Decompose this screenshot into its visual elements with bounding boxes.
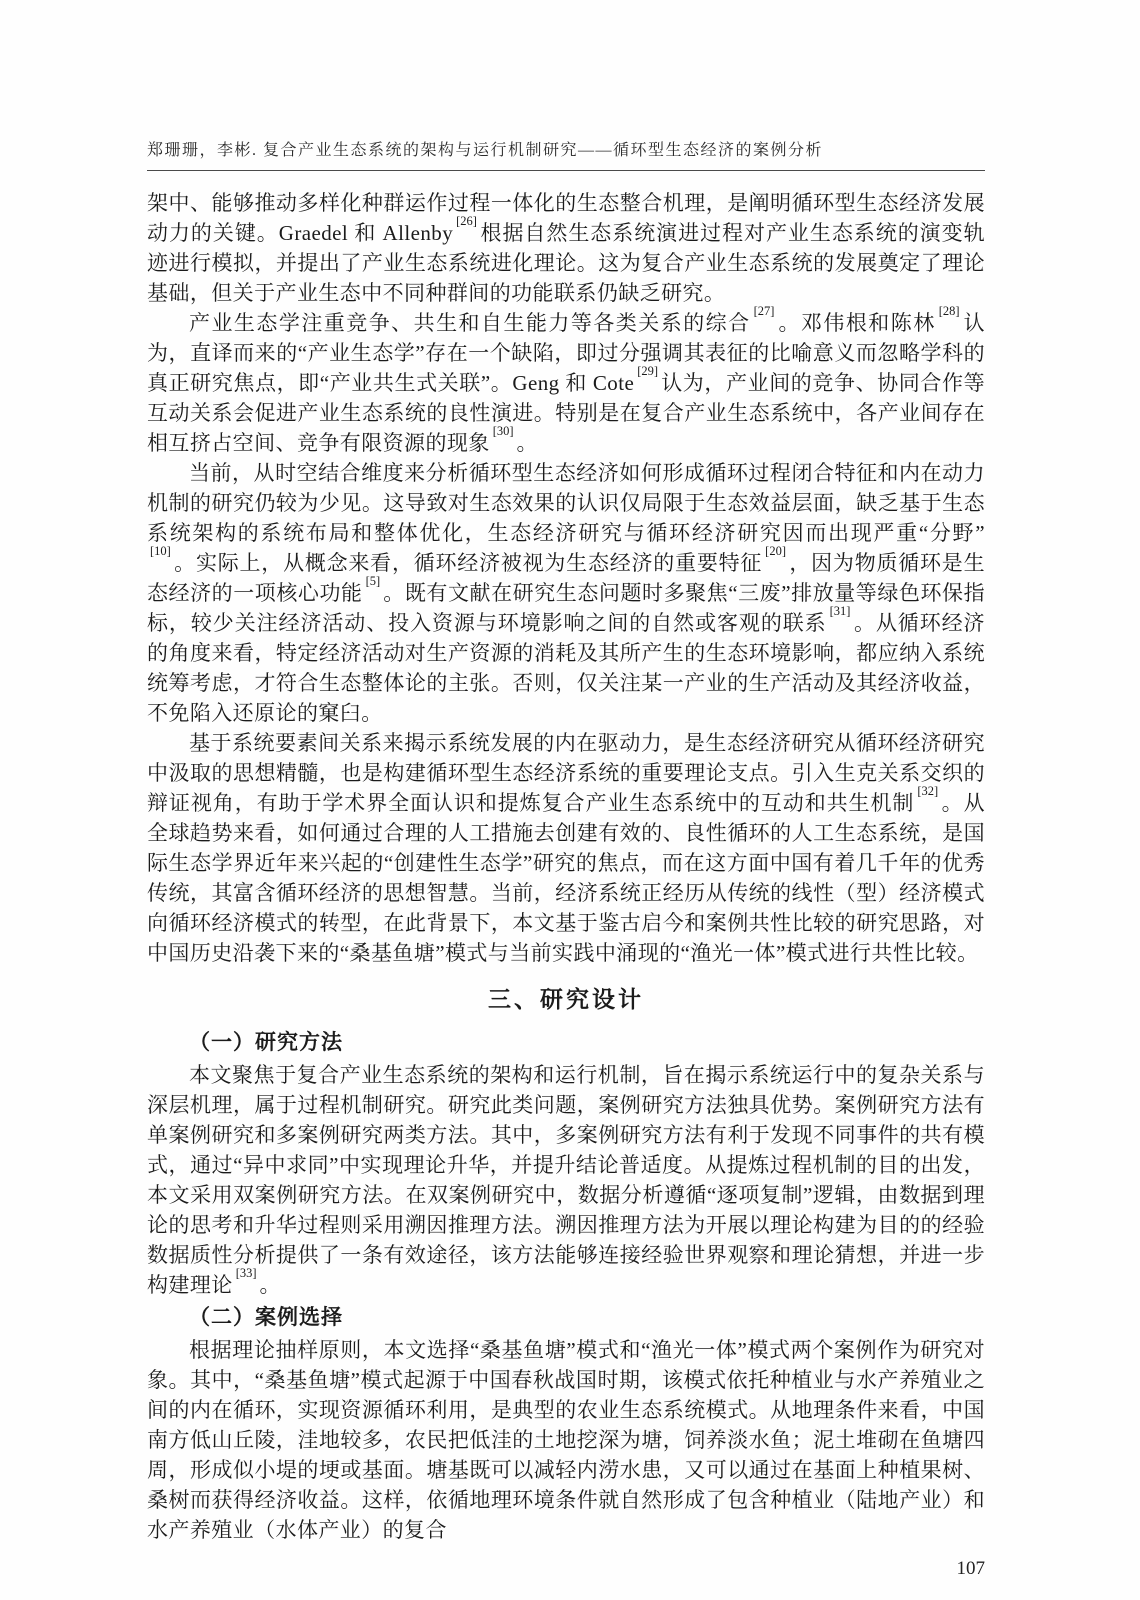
subsection-heading: （二）案例选择 — [147, 1303, 985, 1333]
page-content: 郑珊珊，李彬. 复合产业生态系统的架构与运行机制研究——循环型生态经济的案例分析… — [147, 141, 985, 1581]
citation-ref: [32] — [917, 784, 938, 798]
article-body: 架中、能够推动多样化种群运作过程一体化的生态整合机理，是阐明循环型生态经济发展动… — [147, 188, 985, 1545]
citation-ref: [20] — [765, 544, 786, 558]
page-number: 107 — [147, 1557, 985, 1581]
citation-ref: [31] — [830, 604, 851, 618]
citation-ref: [27] — [754, 304, 775, 318]
citation-ref: [5] — [366, 574, 381, 588]
subsection-heading: （一）研究方法 — [147, 1028, 985, 1058]
paragraph: 产业生态学注重竞争、共生和自生能力等各类关系的综合[27]。邓伟根和陈林[28]… — [147, 308, 985, 458]
citation-ref: [33] — [236, 1266, 257, 1280]
paragraph: 基于系统要素间关系来揭示系统发展的内在驱动力，是生态经济研究从循环经济研究中汲取… — [147, 728, 985, 968]
citation-ref: [30] — [493, 424, 514, 438]
section-heading: 三、研究设计 — [147, 984, 985, 1014]
citation-ref: [28] — [939, 304, 960, 318]
citation-ref: [10] — [150, 544, 171, 558]
paper-page: 郑珊珊，李彬. 复合产业生态系统的架构与运行机制研究——循环型生态经济的案例分析… — [0, 0, 1140, 1600]
paragraph: 架中、能够推动多样化种群运作过程一体化的生态整合机理，是阐明循环型生态经济发展动… — [147, 188, 985, 308]
running-head: 郑珊珊，李彬. 复合产业生态系统的架构与运行机制研究——循环型生态经济的案例分析 — [147, 141, 985, 161]
paragraph: 根据理论抽样原则，本文选择“桑基鱼塘”模式和“渔光一体”模式两个案例作为研究对象… — [147, 1335, 985, 1545]
paragraph: 本文聚焦于复合产业生态系统的架构和运行机制，旨在揭示系统运行中的复杂关系与深层机… — [147, 1060, 985, 1300]
header-rule — [147, 170, 985, 171]
citation-ref: [26] — [456, 214, 477, 228]
citation-ref: [29] — [637, 364, 658, 378]
paragraph: 当前，从时空结合维度来分析循环型生态经济如何形成循环过程闭合特征和内在动力机制的… — [147, 458, 985, 728]
